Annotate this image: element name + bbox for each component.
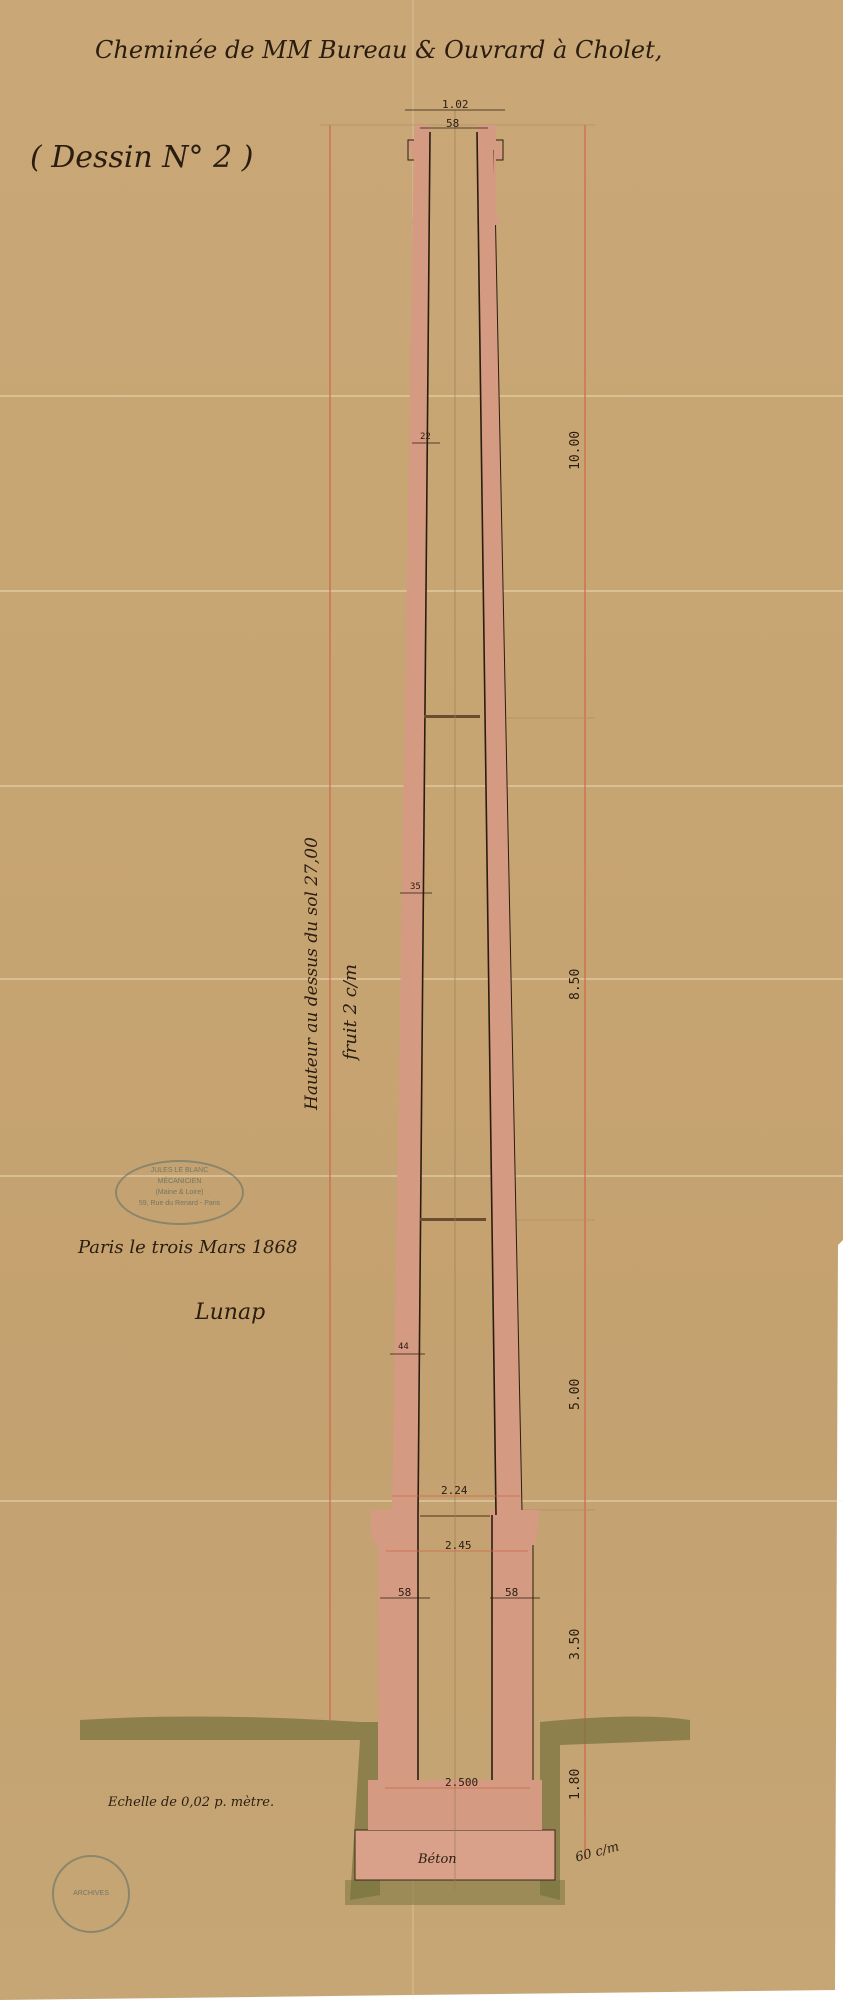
stamp-line: 59, Rue du Renard - Paris <box>117 1198 242 1209</box>
foundation-label: Béton <box>418 1852 457 1867</box>
dim-base-wall-right: 58 <box>505 1586 518 1599</box>
drawing-title: Cheminée de MM Bureau & Ouvrard à Cholet… <box>95 36 662 64</box>
scale-note: Echelle de 0,02 p. mètre. <box>108 1795 274 1810</box>
dim-upper-wall: 22 <box>420 432 431 442</box>
stamp-line: MÉCANICIEN <box>117 1176 242 1187</box>
archive-stamp-text: ARCHIVES <box>73 1890 109 1897</box>
dim-height-section-2: 8.50 <box>568 969 583 1000</box>
height-annotation: Hauteur au dessus du sol 27,00 <box>302 837 322 1110</box>
dim-base-outer: 2.45 <box>445 1539 472 1552</box>
dim-lower-wall: 44 <box>398 1342 409 1352</box>
draft-annotation: fruit 2 c/m <box>340 964 361 1060</box>
dim-base-top-inner: 2.24 <box>441 1484 468 1497</box>
dim-base-wall-left: 58 <box>398 1586 411 1599</box>
dim-height-section-1: 10.00 <box>568 431 583 470</box>
dim-middle-wall: 35 <box>410 882 421 892</box>
dim-height-section-4: 3.50 <box>568 1629 583 1660</box>
stamp-line: JULES LE BLANC <box>117 1165 242 1176</box>
stamp-line: (Maine & Loire) <box>117 1187 242 1198</box>
dim-foundation-width: 2.500 <box>445 1776 478 1789</box>
archive-stamp: ARCHIVES <box>52 1855 130 1933</box>
place-date: Paris le trois Mars 1868 <box>78 1237 297 1258</box>
dim-height-section-5: 1.80 <box>568 1769 583 1800</box>
drawing-number-label: ( Dessin N° 2 ) <box>30 140 253 175</box>
dim-top-inner-width: 58 <box>446 117 459 130</box>
dim-top-outer-width: 1.02 <box>442 98 469 111</box>
maker-stamp: JULES LE BLANC MÉCANICIEN (Maine & Loire… <box>115 1160 244 1225</box>
signature: Lunap <box>195 1300 265 1325</box>
chimney-drawing <box>0 0 843 2000</box>
dim-height-section-3: 5.00 <box>568 1379 583 1410</box>
